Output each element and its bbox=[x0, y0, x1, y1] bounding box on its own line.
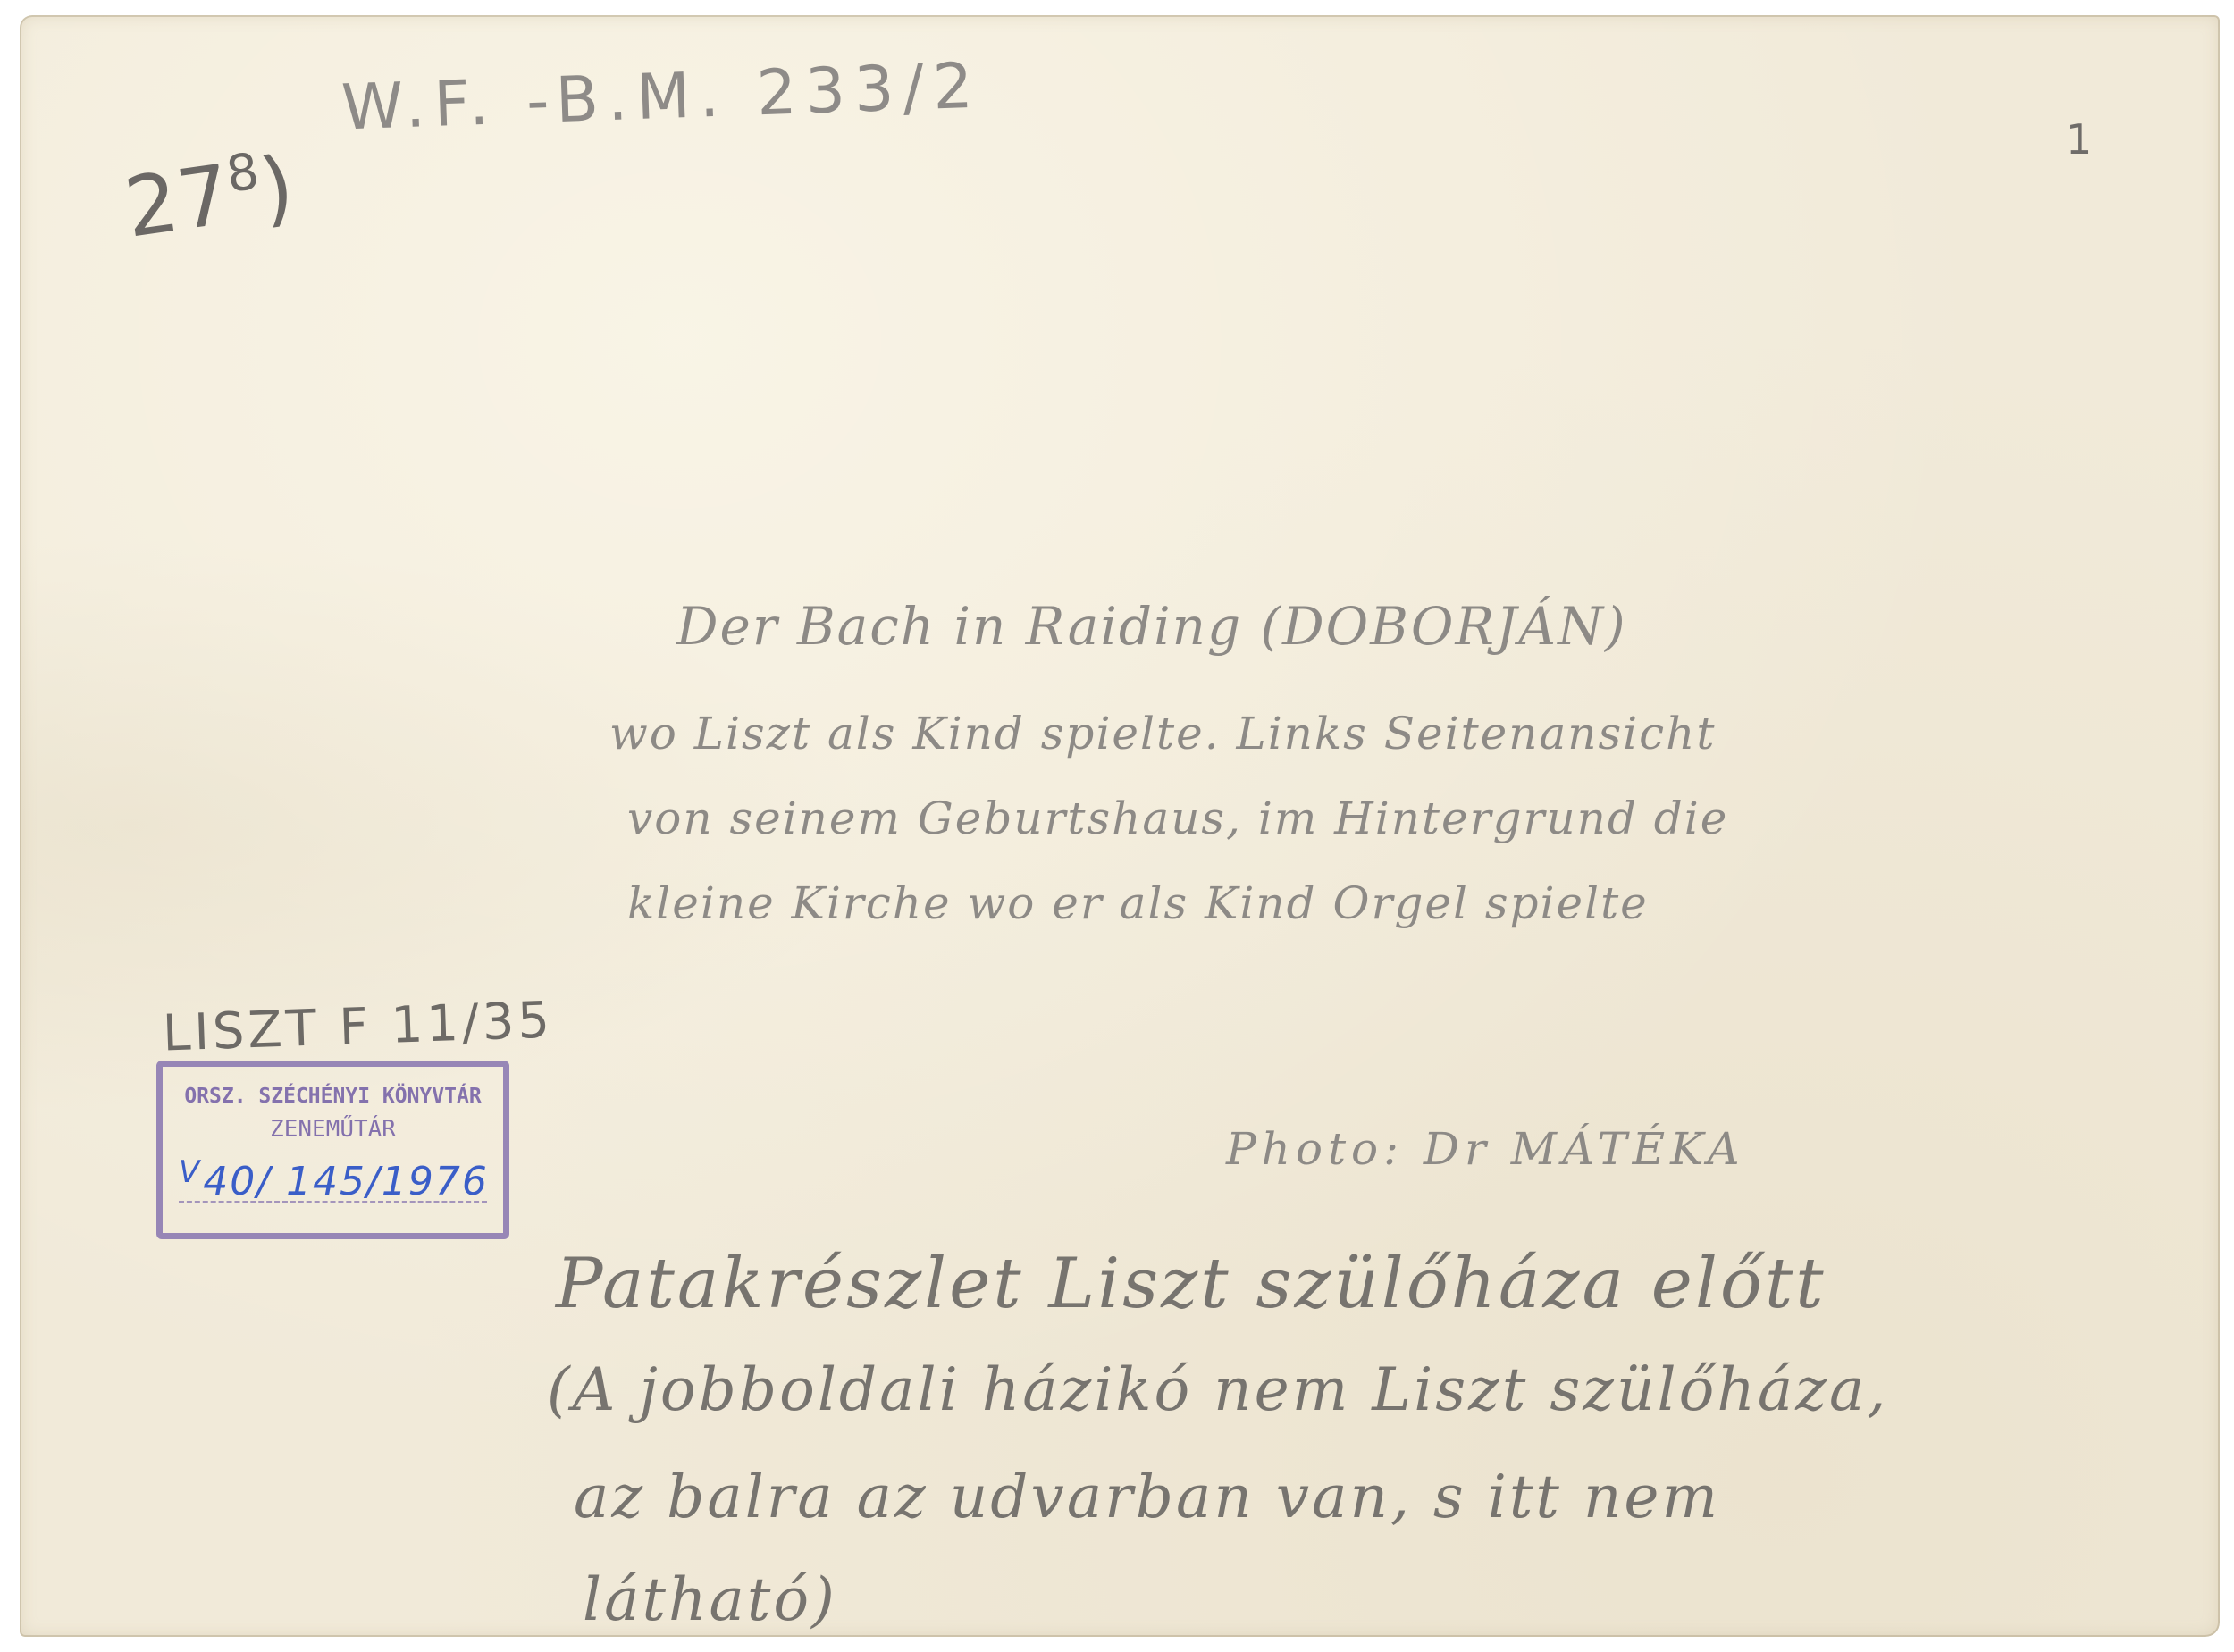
archive-mark: LISZT F 11/35 bbox=[162, 991, 554, 1062]
check-mark-icon: V bbox=[179, 1154, 201, 1190]
catalogue-number: 278) bbox=[119, 138, 299, 256]
german-caption-line: wo Liszt als Kind spielte. Links Seitena… bbox=[609, 708, 1716, 759]
hungarian-caption-line: (A jobboldali házikó nem Liszt szülőháza… bbox=[547, 1355, 1888, 1424]
stamp-department: ZENEMŰTÁR bbox=[163, 1116, 503, 1143]
catalogue-number-main: 27 bbox=[119, 147, 236, 256]
hungarian-caption-line: látható) bbox=[583, 1565, 837, 1634]
catalogue-number-paren: ) bbox=[255, 138, 299, 237]
shelf-mark: W.F. -B.M. 233/2 bbox=[340, 49, 983, 145]
photograph-verso: 278) W.F. -B.M. 233/2 1 Der Bach in Raid… bbox=[20, 15, 2220, 1637]
stamp-library-name: ORSZ. SZÉCHÉNYI KÖNYVTÁR bbox=[163, 1085, 503, 1108]
library-stamp: ORSZ. SZÉCHÉNYI KÖNYVTÁR ZENEMŰTÁR V40/ … bbox=[156, 1061, 509, 1239]
german-caption-line: kleine Kirche wo er als Kind Orgel spiel… bbox=[627, 877, 1649, 929]
page-number: 1 bbox=[2066, 115, 2094, 164]
hungarian-caption-line: az balra az udvarban van, s itt nem bbox=[574, 1463, 1720, 1531]
stamp-accession-number: V40/ 145/1976 bbox=[179, 1154, 489, 1204]
accession-number-text: 40/ 145/1976 bbox=[203, 1159, 489, 1204]
german-caption-line: von seinem Geburtshaus, im Hintergrund d… bbox=[627, 792, 1728, 844]
hungarian-caption-line: Patakrészlet Liszt szülőháza előtt bbox=[556, 1244, 1827, 1324]
german-caption-line: Der Bach in Raiding (DOBORJÁN) bbox=[676, 596, 1627, 657]
photo-credit: Photo: Dr MÁTÉKA bbox=[1226, 1123, 1745, 1175]
